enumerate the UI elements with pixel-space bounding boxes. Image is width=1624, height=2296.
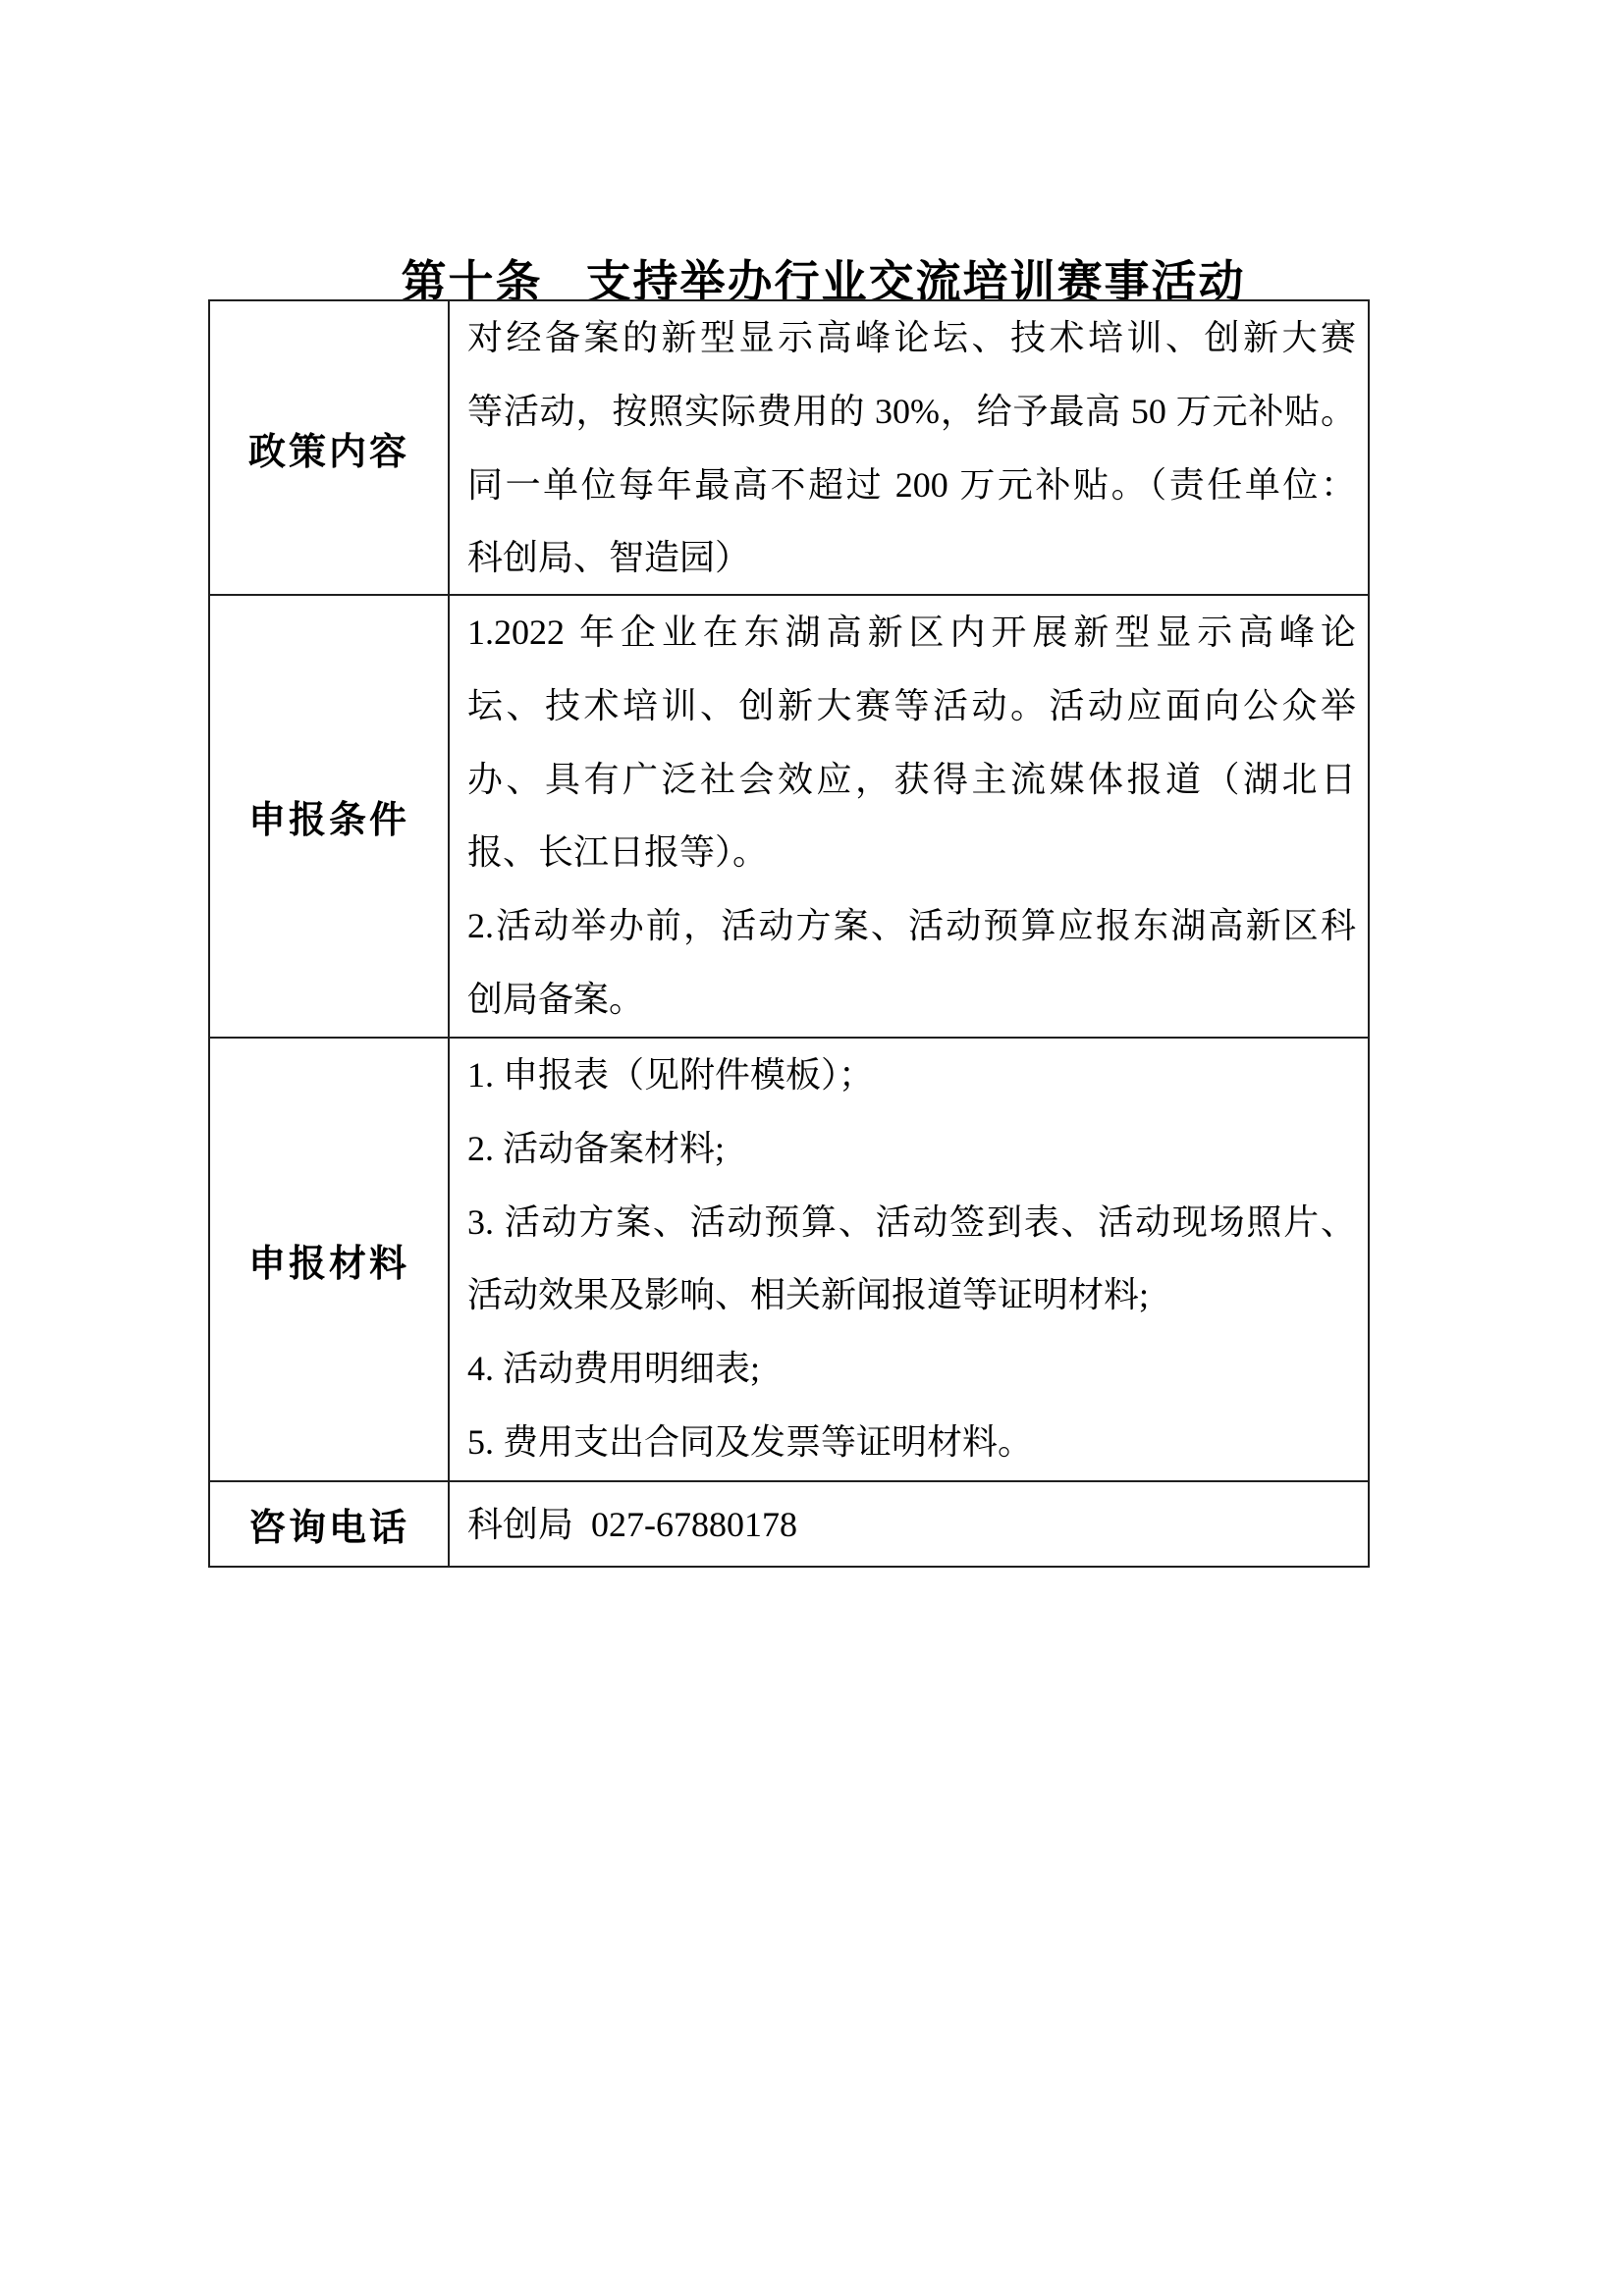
- row-header-contact-phone: 咨询电话: [210, 1482, 450, 1566]
- content-line: 对经备案的新型显示高峰论坛、技术培训、创新大赛: [467, 301, 1356, 375]
- row-content-application-conditions: 1.2022 年企业在东湖高新区内开展新型显示高峰论 坛、技术培训、创新大赛等活…: [450, 596, 1368, 1037]
- row-header-application-materials: 申报材料: [210, 1039, 450, 1480]
- content-line: 4. 活动费用明细表;: [467, 1332, 1356, 1406]
- table-row-application-conditions: 申报条件 1.2022 年企业在东湖高新区内开展新型显示高峰论 坛、技术培训、创…: [210, 596, 1368, 1039]
- row-content-policy-content: 对经备案的新型显示高峰论坛、技术培训、创新大赛 等活动，按照实际费用的 30%，…: [450, 301, 1368, 594]
- content-line: 报、长江日报等）。: [467, 816, 1356, 889]
- contact-phone-value: 科创局 027-67880178: [467, 1501, 797, 1548]
- row-header-policy-content: 政策内容: [210, 301, 450, 594]
- content-line: 1. 申报表（见附件模板）；: [467, 1039, 1356, 1112]
- content-line: 活动效果及影响、相关新闻报道等证明材料;: [467, 1258, 1356, 1332]
- content-line: 坛、技术培训、创新大赛等活动。活动应面向公众举: [467, 669, 1356, 743]
- content-line: 创局备案。: [467, 963, 1356, 1037]
- row-header-application-conditions: 申报条件: [210, 596, 450, 1037]
- content-line: 5. 费用支出合同及发票等证明材料。: [467, 1406, 1356, 1479]
- content-line: 2.活动举办前，活动方案、活动预算应报东湖高新区科: [467, 889, 1356, 963]
- table-row-application-materials: 申报材料 1. 申报表（见附件模板）； 2. 活动备案材料; 3. 活动方案、活…: [210, 1039, 1368, 1482]
- content-line: 同一单位每年最高不超过 200 万元补贴。（责任单位：: [467, 449, 1356, 522]
- content-line: 3. 活动方案、活动预算、活动签到表、活动现场照片、: [467, 1186, 1356, 1259]
- content-line: 科创局、智造园）: [467, 521, 1356, 594]
- page-title: 第十条支持举办行业交流培训赛事活动: [0, 194, 1624, 312]
- row-content-contact-phone: 科创局 027-67880178: [450, 1482, 1368, 1566]
- policy-table: 政策内容 对经备案的新型显示高峰论坛、技术培训、创新大赛 等活动，按照实际费用的…: [208, 299, 1370, 1568]
- content-line: 办、具有广泛社会效应，获得主流媒体报道（湖北日: [467, 743, 1356, 817]
- row-content-application-materials: 1. 申报表（见附件模板）； 2. 活动备案材料; 3. 活动方案、活动预算、活…: [450, 1039, 1368, 1480]
- table-row-policy-content: 政策内容 对经备案的新型显示高峰论坛、技术培训、创新大赛 等活动，按照实际费用的…: [210, 301, 1368, 596]
- content-line: 1.2022 年企业在东湖高新区内开展新型显示高峰论: [467, 596, 1356, 669]
- content-line: 等活动，按照实际费用的 30%，给予最高 50 万元补贴。: [467, 375, 1356, 449]
- content-line: 2. 活动备案材料;: [467, 1112, 1356, 1186]
- table-row-contact-phone: 咨询电话 科创局 027-67880178: [210, 1482, 1368, 1566]
